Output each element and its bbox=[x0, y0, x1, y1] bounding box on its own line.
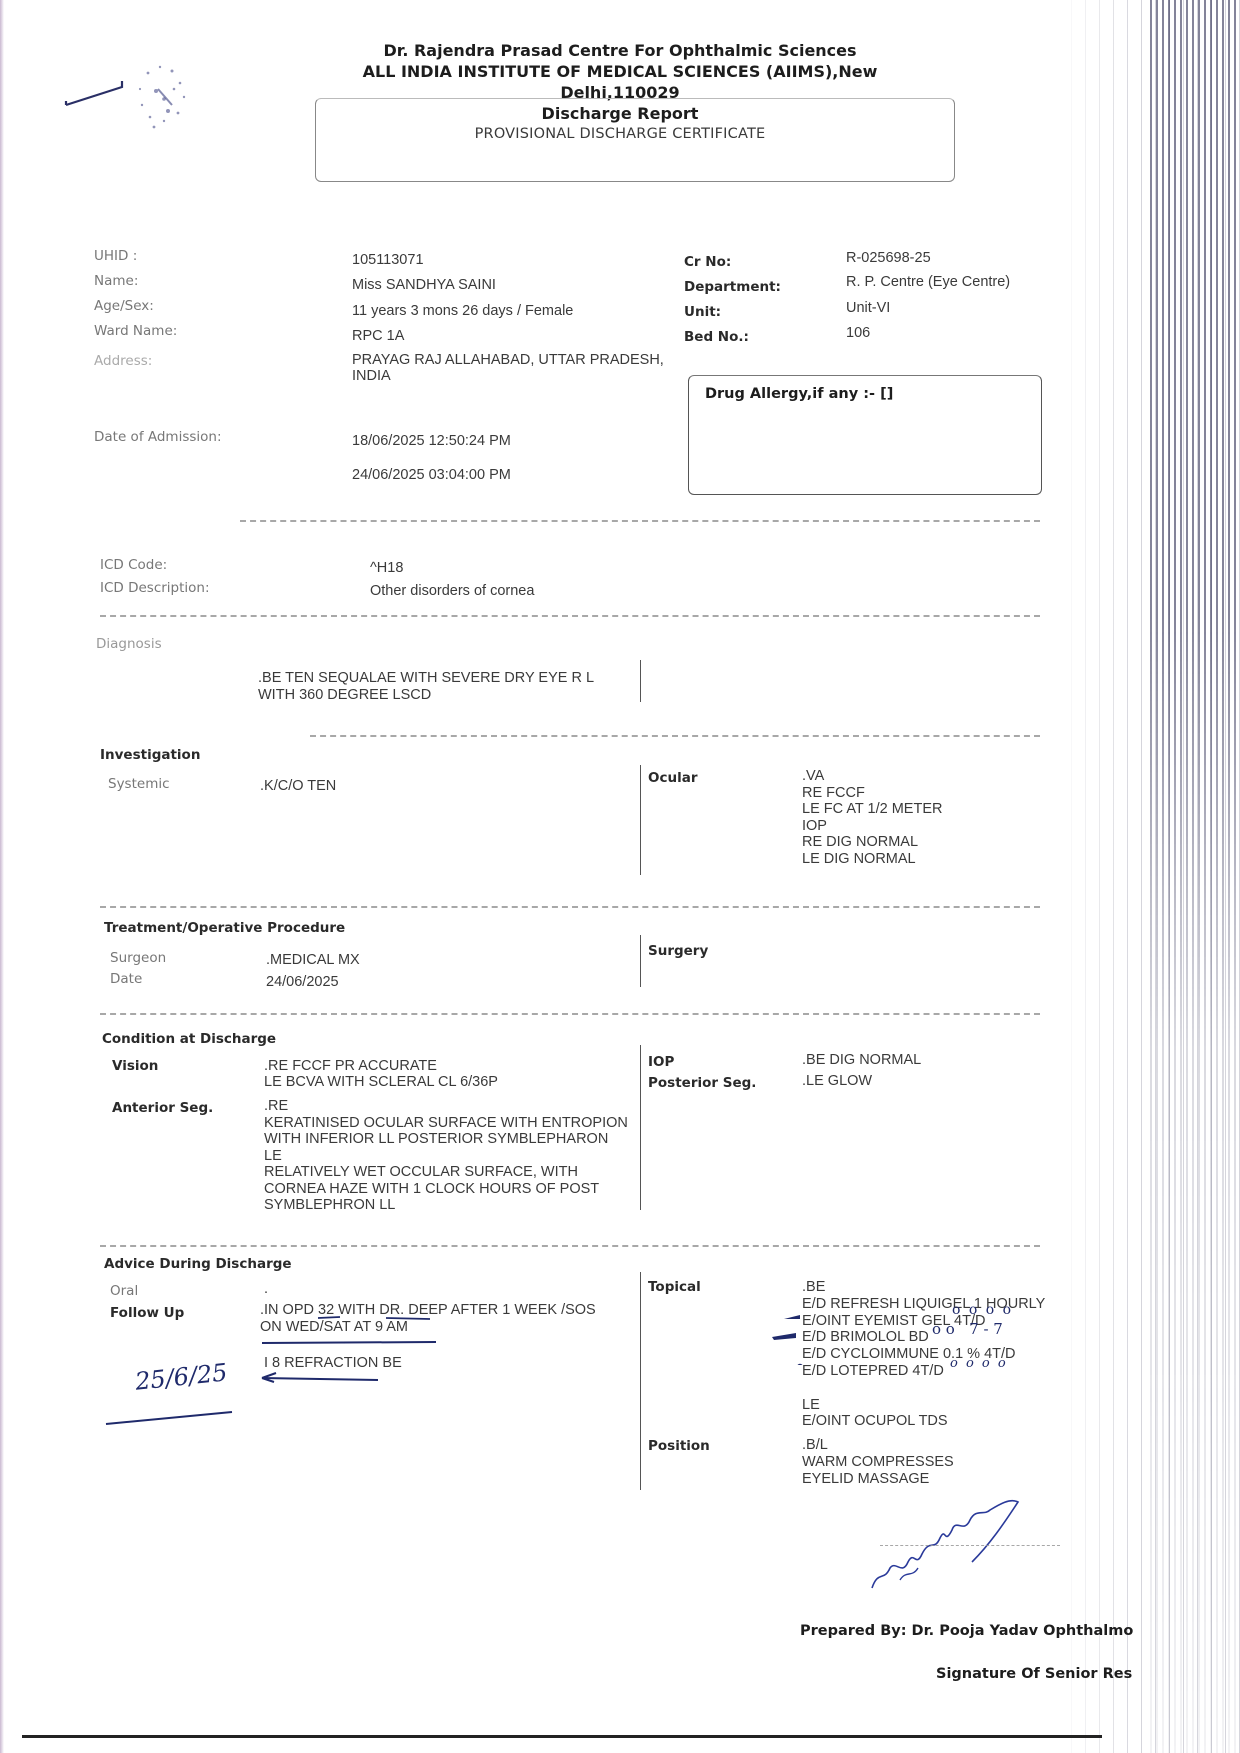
diagnosis-title: Diagnosis bbox=[96, 636, 162, 652]
vision-line-1: .RE FCCF PR ACCURATE bbox=[264, 1058, 437, 1075]
anterior-seg-line: KERATINISED OCULAR SURFACE WITH ENTROPIO… bbox=[264, 1115, 628, 1132]
divider bbox=[100, 1245, 1040, 1247]
drug-allergy-label: Drug Allergy,if any :- [] bbox=[705, 386, 893, 402]
medication-marks-icon bbox=[770, 1305, 1060, 1365]
header-frame bbox=[315, 98, 955, 182]
bed-value: 106 bbox=[846, 325, 870, 342]
senior-resident-signature-label: Signature Of Senior Res bbox=[936, 1666, 1132, 1682]
divider bbox=[100, 1013, 1040, 1015]
investigation-title: Investigation bbox=[100, 747, 200, 763]
eyemist-handwritten-mark: o o o o bbox=[952, 1302, 1013, 1318]
institute-centre: Dr. Rajendra Prasad Centre For Ophthalmi… bbox=[300, 40, 940, 61]
address-label: Address: bbox=[94, 353, 152, 369]
posterior-seg-label: Posterior Seg. bbox=[648, 1075, 756, 1091]
anterior-seg-line: RELATIVELY WET OCCULAR SURFACE, WITH bbox=[264, 1164, 578, 1181]
topical-med-line: E/OINT OCUPOL TDS bbox=[802, 1413, 948, 1430]
anterior-seg-line: WITH INFERIOR LL POSTERIOR SYMBLEPHARON bbox=[264, 1131, 608, 1148]
column-divider bbox=[640, 1045, 641, 1210]
uhid-label: UHID : bbox=[94, 248, 137, 264]
ward-label: Ward Name: bbox=[94, 323, 177, 339]
cr-label: Cr No: bbox=[684, 254, 731, 270]
surgeon-value: .MEDICAL MX bbox=[266, 952, 360, 969]
column-divider bbox=[640, 935, 641, 987]
systemic-value: .K/C/O TEN bbox=[260, 778, 336, 795]
oral-label: Oral bbox=[110, 1283, 138, 1299]
brimolol-handwritten-mark: o o 7 - 7 bbox=[932, 1320, 1003, 1338]
ocular-finding-line: RE DIG NORMAL bbox=[802, 834, 918, 851]
position-advice-line: WARM COMPRESSES bbox=[802, 1454, 954, 1471]
oral-value: . bbox=[264, 1281, 268, 1298]
unit-label: Unit: bbox=[684, 304, 721, 320]
ocular-finding-line: LE FC AT 1/2 METER bbox=[802, 801, 942, 818]
unit-value: Unit-VI bbox=[846, 300, 890, 317]
department-label: Department: bbox=[684, 279, 781, 295]
address-line-2: INDIA bbox=[352, 368, 391, 385]
ocular-finding-line: RE FCCF bbox=[802, 785, 865, 802]
icd-description-value: Other disorders of cornea bbox=[370, 583, 534, 600]
treatment-title: Treatment/Operative Procedure bbox=[104, 920, 345, 936]
bed-label: Bed No.: bbox=[684, 329, 749, 345]
address-line-1: PRAYAG RAJ ALLAHABAD, UTTAR PRADESH, bbox=[352, 352, 664, 369]
institute-name: ALL INDIA INSTITUTE OF MEDICAL SCIENCES … bbox=[300, 61, 940, 82]
anterior-seg-line: .RE bbox=[264, 1098, 288, 1115]
treatment-date: 24/06/2025 bbox=[266, 974, 339, 991]
icd-code-label: ICD Code: bbox=[100, 557, 167, 573]
topical-med-line: LE bbox=[802, 1397, 820, 1414]
ocular-finding-line: LE DIG NORMAL bbox=[802, 851, 916, 868]
prepared-by: Prepared By: Dr. Pooja Yadav Ophthalmo bbox=[800, 1623, 1133, 1639]
position-label: Position bbox=[648, 1438, 710, 1454]
divider bbox=[100, 906, 1040, 908]
anterior-seg-line: CORNEA HAZE WITH 1 CLOCK HOURS OF POST bbox=[264, 1181, 599, 1198]
stamp-mark-icon bbox=[60, 55, 230, 145]
discharge-date: 24/06/2025 03:04:00 PM bbox=[352, 467, 511, 484]
name-label: Name: bbox=[94, 273, 138, 289]
age-sex-value: 11 years 3 mons 26 days / Female bbox=[352, 303, 573, 320]
position-advice-line: .B/L bbox=[802, 1437, 828, 1454]
divider bbox=[240, 520, 1040, 522]
column-divider bbox=[640, 1272, 641, 1490]
diagnosis-line-1: .BE TEN SEQUALAE WITH SEVERE DRY EYE R L bbox=[258, 670, 594, 687]
uhid-value: 105113071 bbox=[352, 252, 424, 269]
systemic-label: Systemic bbox=[108, 776, 170, 792]
position-advice-line: EYELID MASSAGE bbox=[802, 1471, 929, 1488]
vision-label: Vision bbox=[112, 1058, 158, 1074]
column-divider bbox=[640, 660, 641, 702]
posterior-seg-value: .LE GLOW bbox=[802, 1073, 872, 1090]
signature-line bbox=[880, 1545, 1060, 1546]
anterior-seg-line: SYMBLEPHRON LL bbox=[264, 1197, 395, 1214]
drug-allergy-box: Drug Allergy,if any :- [] bbox=[688, 375, 1042, 495]
condition-title: Condition at Discharge bbox=[102, 1031, 276, 1047]
iop-value: .BE DIG NORMAL bbox=[802, 1052, 921, 1069]
icd-code-value: ^H18 bbox=[370, 560, 403, 577]
column-divider bbox=[640, 765, 641, 875]
icd-description-label: ICD Description: bbox=[100, 580, 210, 596]
diagnosis-line-2: WITH 360 DEGREE LSCD bbox=[258, 687, 431, 704]
lotepred-handwritten-mark: o o o o bbox=[950, 1356, 1008, 1371]
page-bottom-edge bbox=[22, 1735, 1102, 1738]
ocular-label: Ocular bbox=[648, 770, 698, 786]
cr-value: R-025698-25 bbox=[846, 250, 931, 267]
anterior-seg-line: LE bbox=[264, 1148, 282, 1165]
ocular-finding-line: .VA bbox=[802, 768, 824, 785]
date-label: Date bbox=[110, 971, 142, 987]
scanner-dark-streaks bbox=[1150, 0, 1240, 1753]
anterior-seg-label: Anterior Seg. bbox=[112, 1100, 213, 1116]
admission-date: 18/06/2025 12:50:24 PM bbox=[352, 433, 511, 450]
admission-label: Date of Admission: bbox=[94, 429, 222, 445]
topical-med-line: .BE bbox=[802, 1279, 825, 1296]
page-edge bbox=[0, 0, 4, 1753]
divider bbox=[310, 735, 1040, 737]
patient-name: Miss SANDHYA SAINI bbox=[352, 277, 496, 294]
surgery-label: Surgery bbox=[648, 943, 708, 959]
age-sex-label: Age/Sex: bbox=[94, 298, 154, 314]
vision-line-2: LE BCVA WITH SCLERAL CL 6/36P bbox=[264, 1074, 498, 1091]
ocular-finding-line: IOP bbox=[802, 818, 827, 835]
topical-med-line: E/D LOTEPRED 4T/D bbox=[802, 1363, 944, 1380]
department-value: R. P. Centre (Eye Centre) bbox=[846, 274, 1010, 291]
topical-label: Topical bbox=[648, 1279, 701, 1295]
iop-label: IOP bbox=[648, 1054, 674, 1070]
ward-value: RPC 1A bbox=[352, 328, 404, 345]
surgeon-label: Surgeon bbox=[110, 950, 166, 966]
advice-title: Advice During Discharge bbox=[104, 1256, 292, 1272]
divider bbox=[100, 615, 1040, 617]
